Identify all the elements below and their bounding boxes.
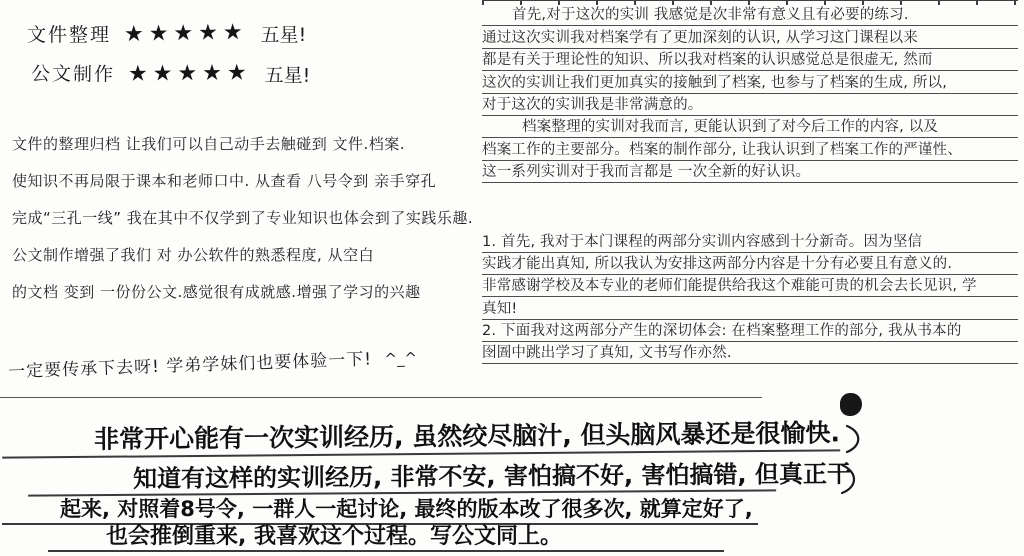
ruled-line: 1. 首先, 我对于本门课程的两部分实训内容感到十分新奇。因为坚信 — [482, 230, 1018, 252]
five-star-rating-icon: ★★★★★ — [124, 20, 248, 47]
paragraph-line: 文件的整理归档 让我们可以自己动手去触碰到 文件.档案. — [12, 126, 467, 163]
right-page: 首先,对于这次的实训 我感觉是次非常有意义且有必要的练习. 通过这次实训我对档案… — [482, 4, 1018, 364]
big-handwritten-line: 也会推倒重来, 我喜欢这个过程。写公文同上。 — [48, 520, 724, 552]
ruled-line: 这次的实训让我们更加真实的接触到了档案, 也参与了档案的生成, 所以, — [482, 71, 1018, 93]
ruled-line: 这一系列实训对于我而言都是 一次全新的好认识。 — [482, 161, 1018, 183]
smiley-doodle-icon: ^_^ — [384, 349, 417, 368]
left-reflection-paragraph: 文件的整理归档 让我们可以自己动手去触碰到 文件.档案. 使知识不再局限于课本和… — [12, 126, 467, 311]
ruled-line: 2. 下面我对这两部分产生的深切体会: 在档案整理工作的部分, 我从书本的 — [482, 320, 1018, 342]
paragraph-line: 的文档 变到 一份份公文.感觉很有成就感.增强了学习的兴趣 — [12, 274, 467, 311]
ruled-line: 对于这次的实训我是非常满意的。 — [482, 94, 1018, 116]
ruled-line: 真知! — [482, 297, 1018, 319]
closing-text: 一定要传承下去呀! 学弟学妹们也要体验一下! — [8, 349, 373, 382]
closing-line: 一定要传承下去呀! 学弟学妹们也要体验一下! ^_^ — [8, 343, 418, 382]
coil-mark-icon — [840, 463, 860, 499]
paragraph-line: 使知识不再局限于课本和老师口中. 从查看 八号令到 亲手穿孔 — [12, 163, 467, 200]
rating-row-document-writing: 公文制作 ★★★★★ 五星! — [31, 59, 310, 88]
coil-mark-icon — [845, 424, 865, 458]
ruled-line: 通过这次实训我对档案学有了更加深刻的认识, 从学习这门课程以来 — [482, 26, 1018, 48]
ruled-line: 非常感谢学校及本专业的老师们能提供给我这个难能可贵的机会去长见识, 学 — [482, 275, 1018, 297]
blank-gap — [482, 183, 1018, 230]
scanned-notes-page: 文件整理 ★★★★★ 五星! 公文制作 ★★★★★ 五星! 文件的整理归档 让我… — [0, 0, 1024, 556]
paragraph-line: 公文制作增强了我们 对 办公软件的熟悉程度, 从空白 — [12, 237, 467, 274]
rating-label: 文件整理 — [27, 20, 111, 47]
ruled-line: 档案工作的主要部分。档案的制作部分, 让我认识到了档案工作的严谨性、 — [482, 138, 1018, 160]
ruled-line: 档案整理的实训对我而言, 更能认识到了对今后工作的内容, 以及 — [482, 116, 1018, 138]
ruled-line: 囹圄中跳出学习了真知, 文书写作亦然. — [482, 342, 1018, 364]
rating-note: 五星! — [265, 61, 311, 88]
ruled-line: 都是有关于理论性的知识、所以我对档案的认识感觉总是很虚无, 然而 — [482, 49, 1018, 71]
paragraph-line: 完成“三孔一线” 我在其中不仅学到了专业知识也体会到了实践乐趣. — [12, 200, 467, 237]
ruled-line: 实践才能出真知, 所以我认为安排这两部分内容是十分有必要且有意义的. — [482, 253, 1018, 275]
rating-label: 公文制作 — [31, 59, 115, 87]
rating-row-file-organizing: 文件整理 ★★★★★ 五星! — [27, 20, 306, 47]
rating-note: 五星! — [261, 20, 307, 47]
ink-blob-icon — [840, 393, 862, 416]
five-star-rating-icon: ★★★★★ — [128, 60, 252, 86]
bottom-sheet-top-rule — [0, 397, 762, 398]
ruled-line: 首先,对于这次的实训 我感觉是次非常有意义且有必要的练习. — [482, 4, 1018, 26]
